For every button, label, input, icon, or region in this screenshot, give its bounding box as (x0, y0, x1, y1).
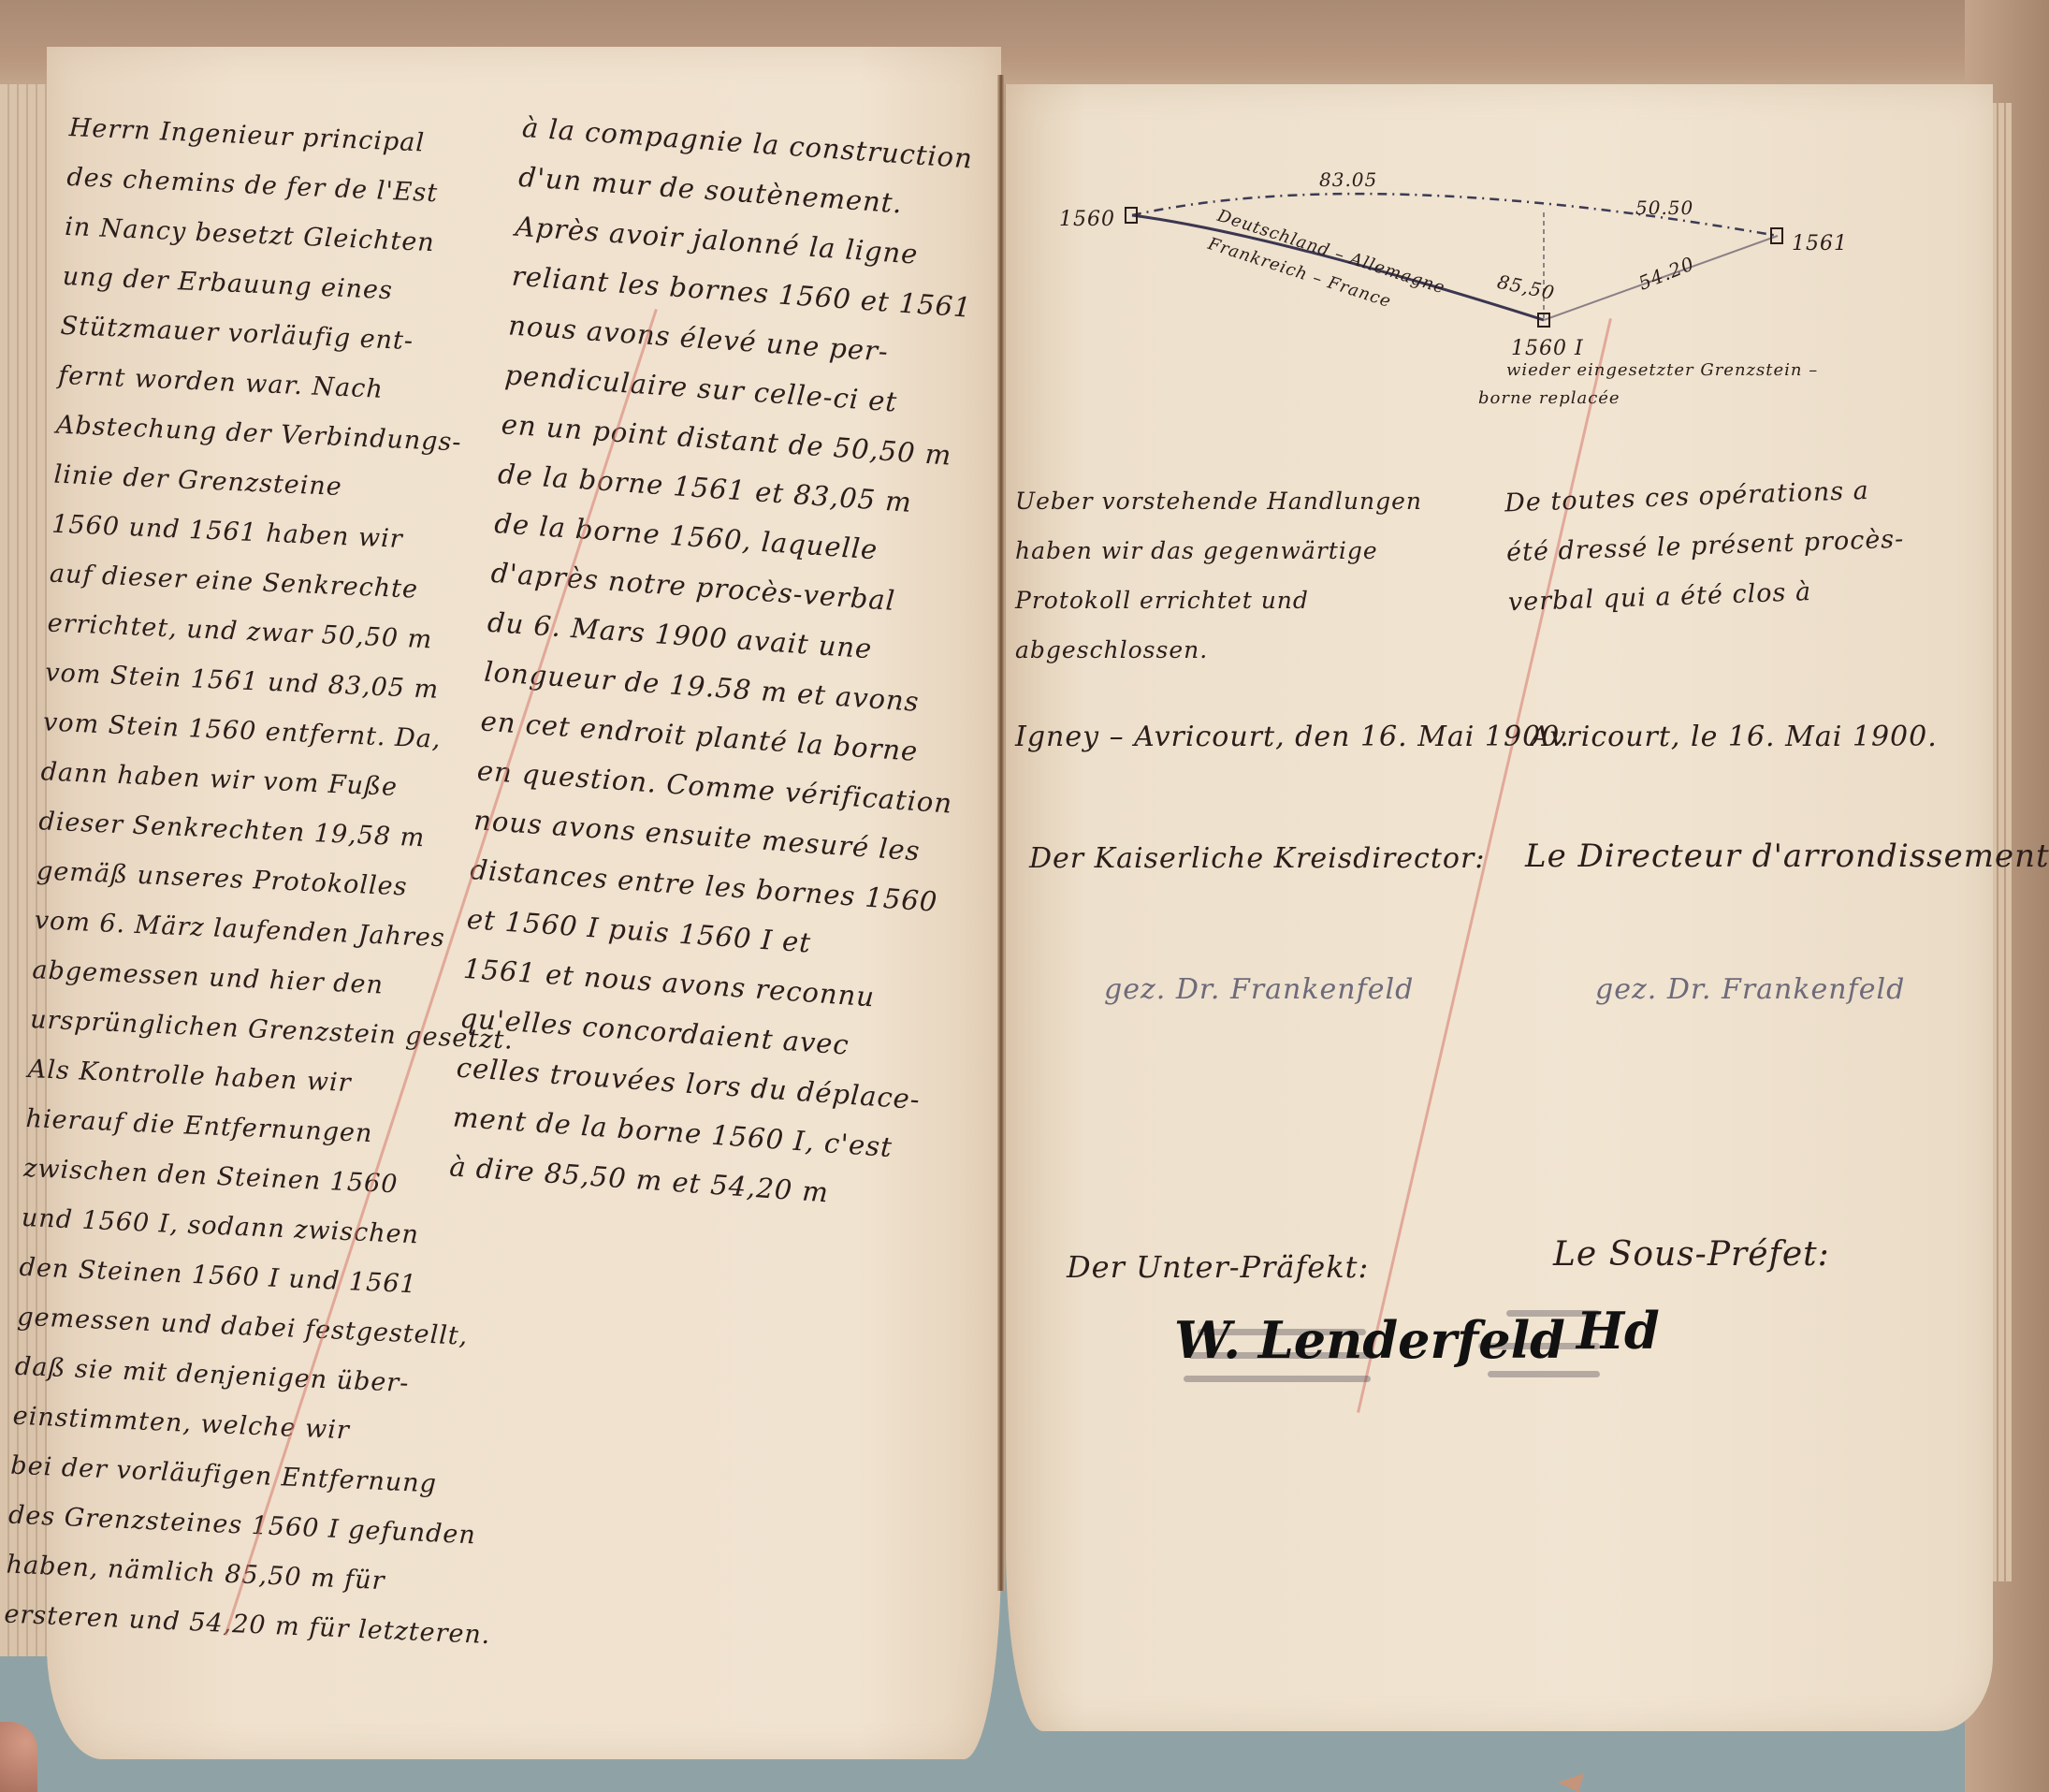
boundary-diagram: 1560 1561 1560 I 83.05 50.50 85,50 54.20… (1057, 168, 1824, 421)
text-line: haben wir das gegenwärtige (1015, 527, 1422, 576)
diagram-note-de: wieder eingesetzter Grenzstein – (1506, 360, 1818, 380)
place-date-french: Avricourt, le 16. Mai 1900. (1530, 721, 1938, 753)
stamp-mark (1184, 1376, 1371, 1382)
closing-french: De toutes ces opérations a été dressé le… (1504, 466, 1907, 629)
stamp-mark (1488, 1371, 1600, 1377)
stone-label-1561: 1561 (1792, 232, 1848, 255)
diagram-note-fr: borne replacée (1478, 388, 1620, 408)
director-title-german: Der Kaiserliche Kreisdirector: (1029, 842, 1485, 875)
stone-label-1560-I: 1560 I (1511, 337, 1584, 360)
distance-label: 83.05 (1319, 168, 1377, 191)
text-line: Ueber vorstehende Handlungen (1015, 477, 1422, 527)
director-signature-french: gez. Dr. Frankenfeld (1595, 973, 1905, 1006)
text-line: abgeschlossen. (1015, 626, 1422, 676)
french-column: à la compagnie la construction d'un mur … (448, 103, 999, 1225)
book-gutter (997, 75, 1005, 1591)
place-date-german: Igney – Avricourt, den 16. Mai 1900. (1015, 721, 1570, 753)
holder-thumb (0, 1722, 37, 1792)
director-signature-german: gez. Dr. Frankenfeld (1104, 973, 1414, 1006)
director-title-french: Le Directeur d'arrondissement: (1525, 838, 2049, 875)
prefect-title-french: Le Sous-Préfet: (1553, 1235, 1830, 1274)
distance-label: 50.50 (1635, 197, 1693, 219)
stone-label-1560: 1560 (1059, 208, 1115, 231)
prefect-signature-german: W. Lenderfeld (1174, 1310, 1565, 1370)
prefect-signature-french: Hd (1577, 1301, 1660, 1361)
text-line: Protokoll errichtet und (1015, 576, 1422, 626)
closing-german: Ueber vorstehende Handlungen haben wir d… (1015, 477, 1422, 676)
prefect-title-german: Der Unter-Präfekt: (1067, 1249, 1369, 1285)
